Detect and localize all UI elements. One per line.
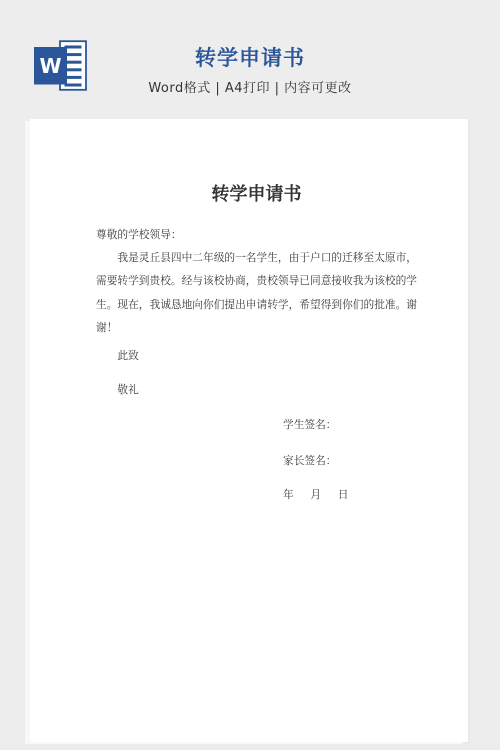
closing-cizhi: 此致 — [96, 344, 417, 367]
template-header: W 转学申请书 Word格式 | A4打印 | 内容可更改 — [0, 0, 500, 119]
document-title: 转学申请书 — [96, 183, 417, 207]
signature-date: 年 月 日 — [283, 483, 417, 506]
closing-jingli: 敬礼 — [96, 378, 417, 401]
signature-student: 学生签名： — [283, 413, 417, 436]
signature-parent: 家长签名： — [283, 449, 417, 472]
document-body: 尊敬的学校领导： 我是灵丘县四中二年级的一名学生，由于户口的迁移至太原市，需要转… — [96, 223, 417, 506]
body-paragraph: 我是灵丘县四中二年级的一名学生，由于户口的迁移至太原市，需要转学到贵校。经与该校… — [96, 246, 417, 339]
template-subtitle: Word格式 | A4打印 | 内容可更改 — [0, 77, 500, 96]
template-title: 转学申请书 — [0, 42, 500, 72]
salutation: 尊敬的学校领导： — [96, 223, 417, 246]
a4-page: 转学申请书 尊敬的学校领导： 我是灵丘县四中二年级的一名学生，由于户口的迁移至太… — [30, 119, 468, 742]
